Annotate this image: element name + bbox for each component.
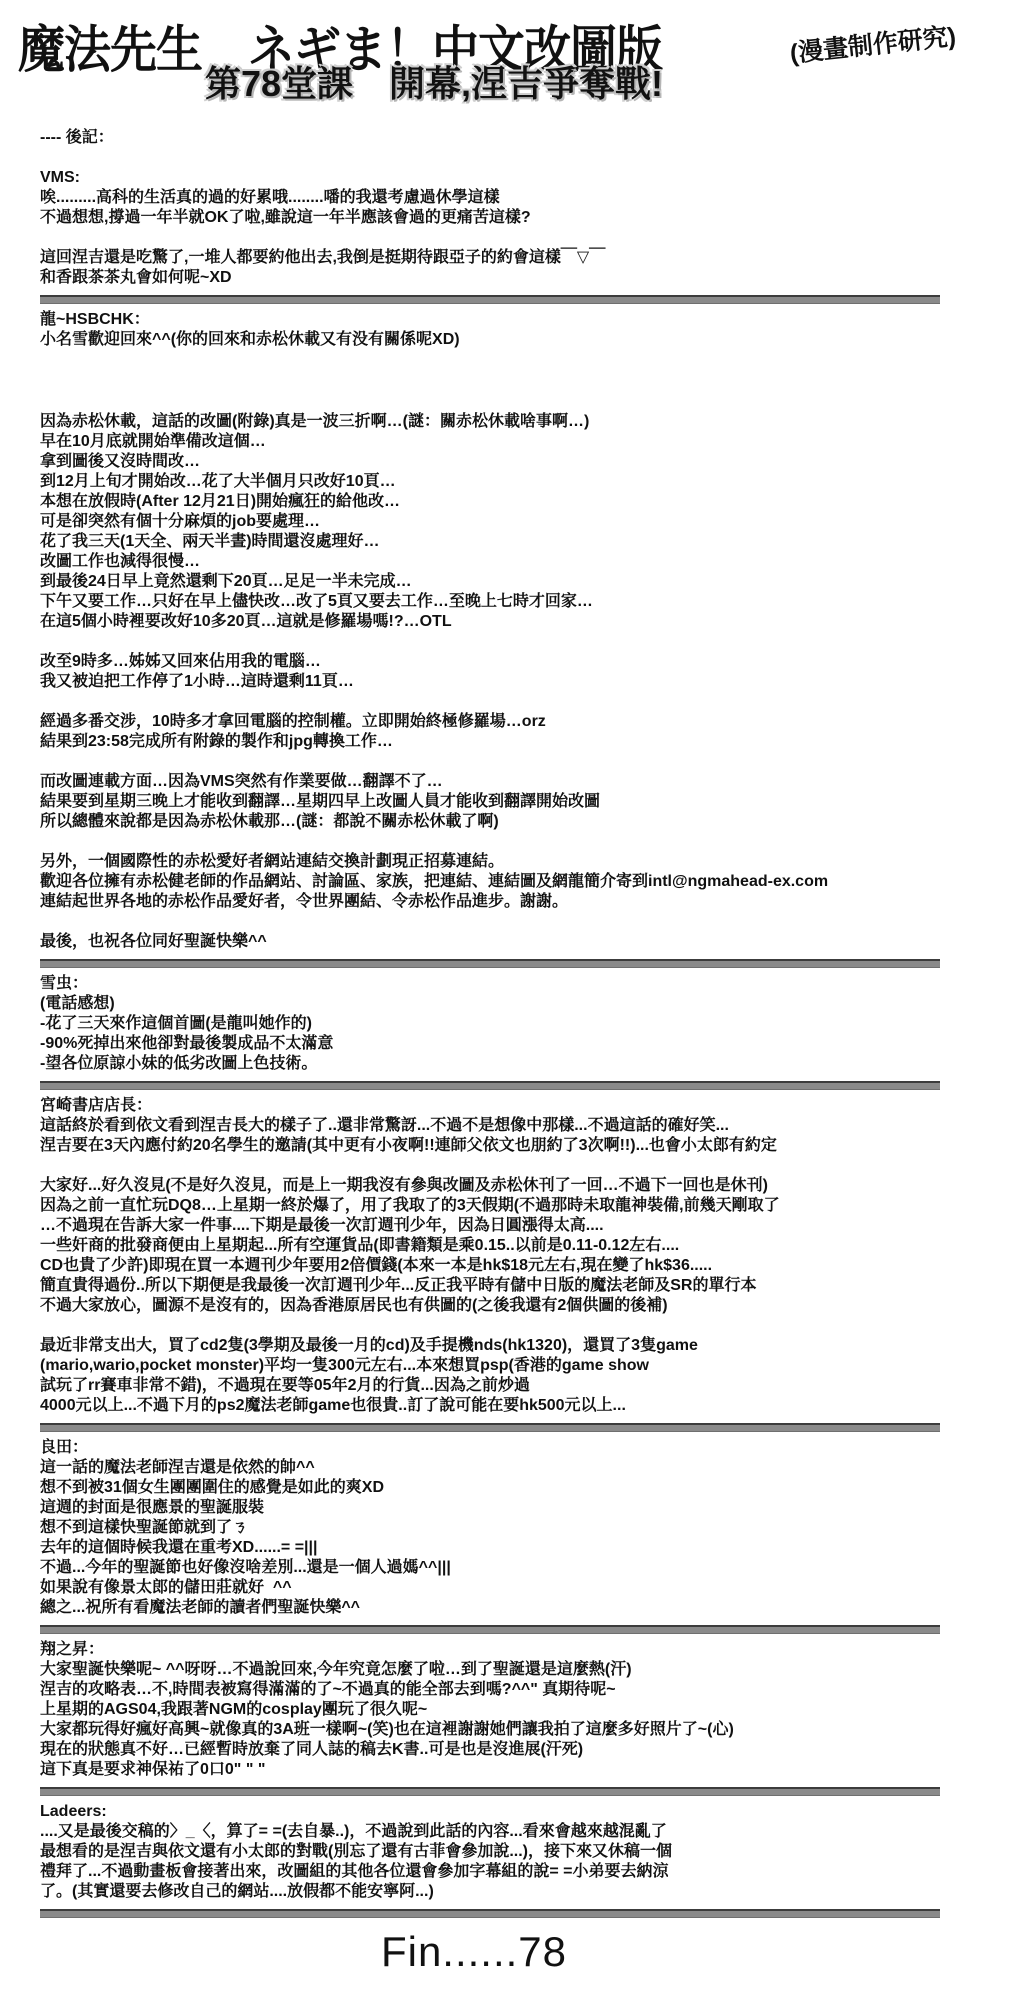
text-line: 我又被迫把工作停了1小時…這時還剩11頁… <box>40 672 1024 692</box>
text-line: 另外，一個國際性的赤松愛好者網站連結交換計劃現正招募連結。 <box>40 852 1024 872</box>
speaker-name: 良田： <box>40 1438 1024 1458</box>
speaker-name: Ladeers: <box>40 1802 1024 1822</box>
text-line: 4000元以上...不過下月的ps2魔法老師game也很貴..訂了說可能在要hk… <box>40 1396 1024 1416</box>
episode-title: 第78堂課 開幕,涅吉爭奪戰! <box>205 56 663 107</box>
blank-line <box>40 1156 1024 1176</box>
text-line: 總之...祝所有看魔法老師的讀者們聖誕快樂^^ <box>40 1598 1024 1618</box>
text-line: -望各位原諒小妹的低劣改圖上色技術。 <box>40 1054 1024 1074</box>
speaker-name: 翔之昇： <box>40 1640 1024 1660</box>
text-line: 大家都玩得好瘋好高興~就像真的3A班一樣啊~(笑)也在這裡謝謝她們讓我拍了這麼多… <box>40 1720 1024 1740</box>
text-line: 了。(其實還要去修改自己的網站....放假都不能安寧阿...) <box>40 1882 1024 1902</box>
text-line: 去年的這個時候我還在重考XD......= =||| <box>40 1538 1024 1558</box>
text-line: 經過多番交涉，10時多才拿回電腦的控制權。立即開始終極修羅場…orz <box>40 712 1024 732</box>
text-line: 不過...今年的聖誕節也好像沒啥差別...還是一個人過媽^^||| <box>40 1558 1024 1578</box>
text-line: 歡迎各位擁有赤松健老師的作品網站、討論區、家族，把連結、連結圖及網龍簡介寄到in… <box>40 872 1024 892</box>
fin-page-number: Fin......78 <box>381 1928 567 1976</box>
text-line: 唉.........高科的生活真的過的好累哦........噃的我還考慮過休學這… <box>40 188 1024 208</box>
page-header: 魔法先生 ネギま！中文改圖版 第78堂課 開幕,涅吉爭奪戰! (漫畫制作研究) <box>0 0 1024 118</box>
text-line: 到12月上旬才開始改…花了大半個月只改好10頁… <box>40 472 1024 492</box>
text-line: 最想看的是涅吉與依文還有小太郎的對戰(別忘了還有古菲會參加說...)，接下來又休… <box>40 1842 1024 1862</box>
text-line: 這一話的魔法老師涅吉還是依然的帥^^ <box>40 1458 1024 1478</box>
blank-line <box>40 752 1024 772</box>
text-line: 禮拜了...不過動畫板會接著出來，改圖組的其他各位還會參加字幕組的說= =小弟要… <box>40 1862 1024 1882</box>
text-line: 而改圖連載方面…因為VMS突然有作業要做…翻譯不了… <box>40 772 1024 792</box>
text-line: 大家聖誕快樂呢~ ^^呀呀…不過說回來,今年究竟怎麼了啦…到了聖誕還是這麼熱(汗… <box>40 1660 1024 1680</box>
text-line: (電話感想) <box>40 994 1024 1014</box>
blank-line <box>40 832 1024 852</box>
text-line: 涅吉的攻略表…不,時間表被寫得滿滿的了~不過真的能全部去到嗎?^^" 真期待呢~ <box>40 1680 1024 1700</box>
section-divider <box>40 1625 940 1634</box>
text-line: 大家好...好久沒見(不是好久沒見，而是上一期我沒有參與改圖及赤松休刊了一回…不… <box>40 1176 1024 1196</box>
text-line: 到最後24日早上竟然還剩下20頁…足足一半未完成… <box>40 572 1024 592</box>
blank-line <box>40 632 1024 652</box>
text-line: 想不到被31個女生團團圍住的感覺是如此的爽XD <box>40 1478 1024 1498</box>
blank-line <box>40 148 1024 168</box>
text-line: 因為赤松休載，這話的改圖(附錄)真是一波三折啊…(謎：關赤松休載啥事啊…) <box>40 412 1024 432</box>
speaker-name: 宮崎書店店長： <box>40 1096 1024 1116</box>
blank-line <box>40 692 1024 712</box>
section-divider <box>40 1909 940 1918</box>
text-line: 這下真是要求神保祐了0口0" " " <box>40 1760 1024 1780</box>
text-line: 結果要到星期三晚上才能收到翻譯…星期四早上改圖人員才能收到翻譯開始改圖 <box>40 792 1024 812</box>
text-line: 小名雪歡迎回來^^(你的回來和赤松休載又有没有關係呢XD) <box>40 330 1024 350</box>
section-divider <box>40 295 940 304</box>
text-line: 涅吉要在3天內應付約20名學生的邀請(其中更有小夜啊!!連師父依文也朋約了3次啊… <box>40 1136 1024 1156</box>
text-line: 最後，也祝各位同好聖誕快樂^^ <box>40 932 1024 952</box>
text-line: (mario,wario,pocket monster)平均一隻300元左右..… <box>40 1356 1024 1376</box>
blank-line <box>40 350 1024 412</box>
text-line: 這週的封面是很應景的聖誕服裝 <box>40 1498 1024 1518</box>
section-divider <box>40 1787 940 1796</box>
text-line: 結果到23:58完成所有附錄的製作和jpg轉換工作… <box>40 732 1024 752</box>
text-line: -90%死掉出來他卻對最後製成品不太滿意 <box>40 1034 1024 1054</box>
text-line: 上星期的AGS04,我跟著NGM的cosplay團玩了很久呢~ <box>40 1700 1024 1720</box>
text-line: 不過大家放心，圖源不是沒有的，因為香港原居民也有供圖的(之後我還有2個供圖的後補… <box>40 1296 1024 1316</box>
text-line: 最近非常支出大，買了cd2隻(3學期及最後一月的cd)及手提機nds(hk132… <box>40 1336 1024 1356</box>
blank-line <box>40 912 1024 932</box>
section-divider <box>40 1423 940 1432</box>
text-line: 所以總體來說都是因為赤松休載那…(謎：都說不關赤松休載了啊) <box>40 812 1024 832</box>
text-line: 想不到這樣快聖誕節就到了ㄋ <box>40 1518 1024 1538</box>
text-line: -花了三天來作這個首圖(是龍叫她作的) <box>40 1014 1024 1034</box>
blank-line <box>40 1316 1024 1336</box>
text-line: 一些奸商的批發商便由上星期起...所有空運貨品(即書籍類是乘0.15..以前是0… <box>40 1236 1024 1256</box>
text-line: CD也貴了少許)即現在買一本週刊少年要用2倍價錢(本來一本是hk$18元左右,現… <box>40 1256 1024 1276</box>
section-divider <box>40 1081 940 1090</box>
text-line: 本想在放假時(After 12月21日)開始瘋狂的給他改… <box>40 492 1024 512</box>
text-line: 在這5個小時裡要改好10多20頁…這就是修羅場嗎!?…OTL <box>40 612 1024 632</box>
blank-line <box>40 228 1024 248</box>
section-divider <box>40 959 940 968</box>
text-line: 下午又要工作…只好在早上儘快改…改了5頁又要去工作…至晚上七時才回家… <box>40 592 1024 612</box>
text-line: 這回涅吉還是吃驚了,一堆人都要約他出去,我倒是挺期待跟亞子的約會這樣￣▽￣ <box>40 248 1024 268</box>
speaker-name: ---- 後記： <box>40 128 1024 148</box>
text-line: 如果說有像景太郎的儲田莊就好 ^^ <box>40 1578 1024 1598</box>
text-line: 這話終於看到依文看到涅吉長大的樣子了..還非常驚訝...不過不是想像中那樣...… <box>40 1116 1024 1136</box>
text-line: 可是卻突然有個十分麻煩的job要處理… <box>40 512 1024 532</box>
text-line: 改至9時多…姊姊又回來佔用我的電腦… <box>40 652 1024 672</box>
studio-annotation: (漫畫制作研究) <box>788 17 958 70</box>
text-line: …不過現在告訴大家一件事....下期是最後一次訂週刊少年，因為日圓漲得太高...… <box>40 1216 1024 1236</box>
text-line: ....又是最後交稿的〉_〈，算了= =(去自暴..)，不過說到此話的內容...… <box>40 1822 1024 1842</box>
text-line: 不過想想,撐過一年半就OK了啦,雖說這一年半應該會過的更痛苦這樣? <box>40 208 1024 228</box>
text-line: 和香跟茶茶丸會如何呢~XD <box>40 268 1024 288</box>
speaker-name: VMS: <box>40 168 1024 188</box>
text-line: 簡直貴得過份..所以下期便是我最後一次訂週刊少年...反正我平時有儲中日版的魔法… <box>40 1276 1024 1296</box>
text-line: 因為之前一直忙玩DQ8…上星期一終於爆了，用了我取了的3天假期(不過那時未取龍神… <box>40 1196 1024 1216</box>
page-footer: Fin......78 <box>0 1928 1024 1976</box>
text-line: 試玩了rr賽車非常不錯)，不過現在要等05年2月的行貨...因為之前炒過 <box>40 1376 1024 1396</box>
text-line: 早在10月底就開始準備改這個… <box>40 432 1024 452</box>
text-line: 連結起世界各地的赤松作品愛好者，令世界團結、令赤松作品進步。謝謝。 <box>40 892 1024 912</box>
text-line: 現在的狀態真不好…已經暫時放棄了同人誌的稿去K書..可是也是沒進展(汗死) <box>40 1740 1024 1760</box>
speaker-name: 雪虫： <box>40 974 1024 994</box>
text-line: 拿到圖後又沒時間改… <box>40 452 1024 472</box>
afterword-body: ---- 後記：VMS:唉.........高科的生活真的過的好累哦......… <box>40 128 1024 1918</box>
text-line: 改圖工作也減得很慢… <box>40 552 1024 572</box>
text-line: 花了我三天(1天全、兩天半晝)時間還沒處理好… <box>40 532 1024 552</box>
speaker-name: 龍~HSBCHK： <box>40 310 1024 330</box>
